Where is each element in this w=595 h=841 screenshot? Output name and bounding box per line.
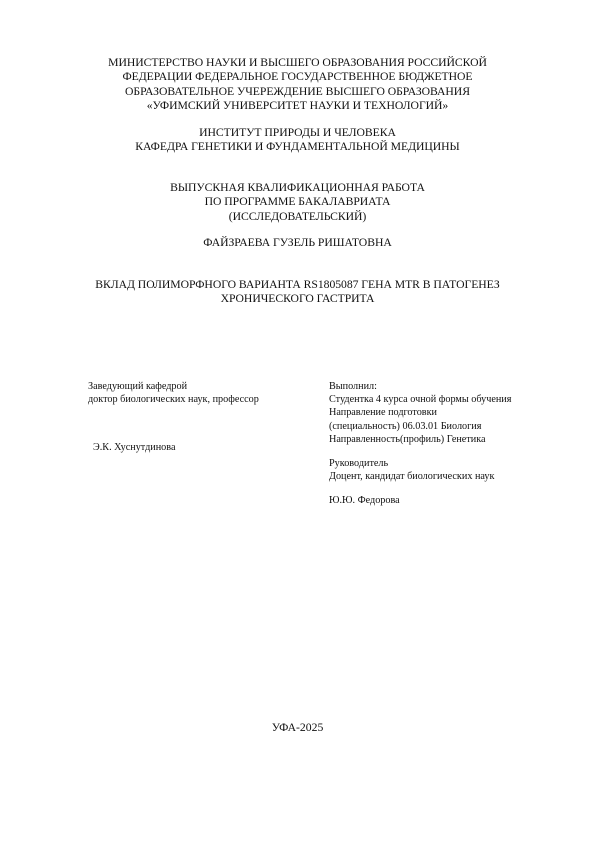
city-year: УФА-2025 (0, 721, 595, 735)
head-of-department-degree: доктор биологических наук, профессор (88, 393, 259, 406)
performer-block: Выполнил: Студентка 4 курса очной формы … (329, 380, 511, 446)
author-name-text: ФАЙЗРАЕВА ГУЗЕЛЬ РИШАТОВНА (0, 236, 595, 250)
performer-direction-label: Направление подготовки (329, 406, 511, 419)
department-name: КАФЕДРА ГЕНЕТИКИ И ФУНДАМЕНТАЛЬНОЙ МЕДИЦ… (0, 140, 595, 154)
work-type-line: (ИССЛЕДОВАТЕЛЬСКИЙ) (0, 210, 595, 224)
ministry-line: МИНИСТЕРСТВО НАУКИ И ВЫСШЕГО ОБРАЗОВАНИЯ… (0, 56, 595, 70)
work-type: ВЫПУСКНАЯ КВАЛИФИКАЦИОННАЯ РАБОТА ПО ПРО… (0, 181, 595, 224)
performer-profile: Направленность(профиль) Генетика (329, 433, 511, 446)
performer-student: Студентка 4 курса очной формы обучения (329, 393, 511, 406)
ministry-line: ОБРАЗОВАТЕЛЬНОЕ УЧЕРЕЖДЕНИЕ ВЫСШЕГО ОБРА… (0, 85, 595, 99)
head-of-department-role: Заведующий кафедрой (88, 380, 259, 393)
thesis-title: ВКЛАД ПОЛИМОРФНОГО ВАРИАНТА RS1805087 ГЕ… (0, 278, 595, 307)
head-of-department-block: Заведующий кафедрой доктор биологических… (88, 380, 259, 406)
supervisor-degree: Доцент, кандидат биологических наук (329, 470, 494, 483)
institute-name: ИНСТИТУТ ПРИРОДЫ И ЧЕЛОВЕКА (0, 126, 595, 140)
head-of-department-signature: Э.К. Хуснутдинова (93, 441, 175, 454)
supervisor-block: Руководитель Доцент, кандидат биологичес… (329, 457, 494, 483)
supervisor-label: Руководитель (329, 457, 494, 470)
title-page: МИНИСТЕРСТВО НАУКИ И ВЫСШЕГО ОБРАЗОВАНИЯ… (0, 0, 595, 841)
supervisor-signature: Ю.Ю. Федорова (329, 494, 400, 507)
performer-label: Выполнил: (329, 380, 511, 393)
work-type-line: ПО ПРОГРАММЕ БАКАЛАВРИАТА (0, 195, 595, 209)
thesis-title-line: ХРОНИЧЕСКОГО ГАСТРИТА (0, 292, 595, 306)
performer-specialty: (специальность) 06.03.01 Биология (329, 420, 511, 433)
author-name: ФАЙЗРАЕВА ГУЗЕЛЬ РИШАТОВНА (0, 236, 595, 250)
university-name: «УФИМСКИЙ УНИВЕРСИТЕТ НАУКИ И ТЕХНОЛОГИЙ… (0, 99, 595, 113)
work-type-line: ВЫПУСКНАЯ КВАЛИФИКАЦИОННАЯ РАБОТА (0, 181, 595, 195)
ministry-line: ФЕДЕРАЦИИ ФЕДЕРАЛЬНОЕ ГОСУДАРСТВЕННОЕ БЮ… (0, 70, 595, 84)
thesis-title-line: ВКЛАД ПОЛИМОРФНОГО ВАРИАНТА RS1805087 ГЕ… (0, 278, 595, 292)
institute-header: ИНСТИТУТ ПРИРОДЫ И ЧЕЛОВЕКА КАФЕДРА ГЕНЕ… (0, 126, 595, 155)
ministry-header: МИНИСТЕРСТВО НАУКИ И ВЫСШЕГО ОБРАЗОВАНИЯ… (0, 56, 595, 113)
